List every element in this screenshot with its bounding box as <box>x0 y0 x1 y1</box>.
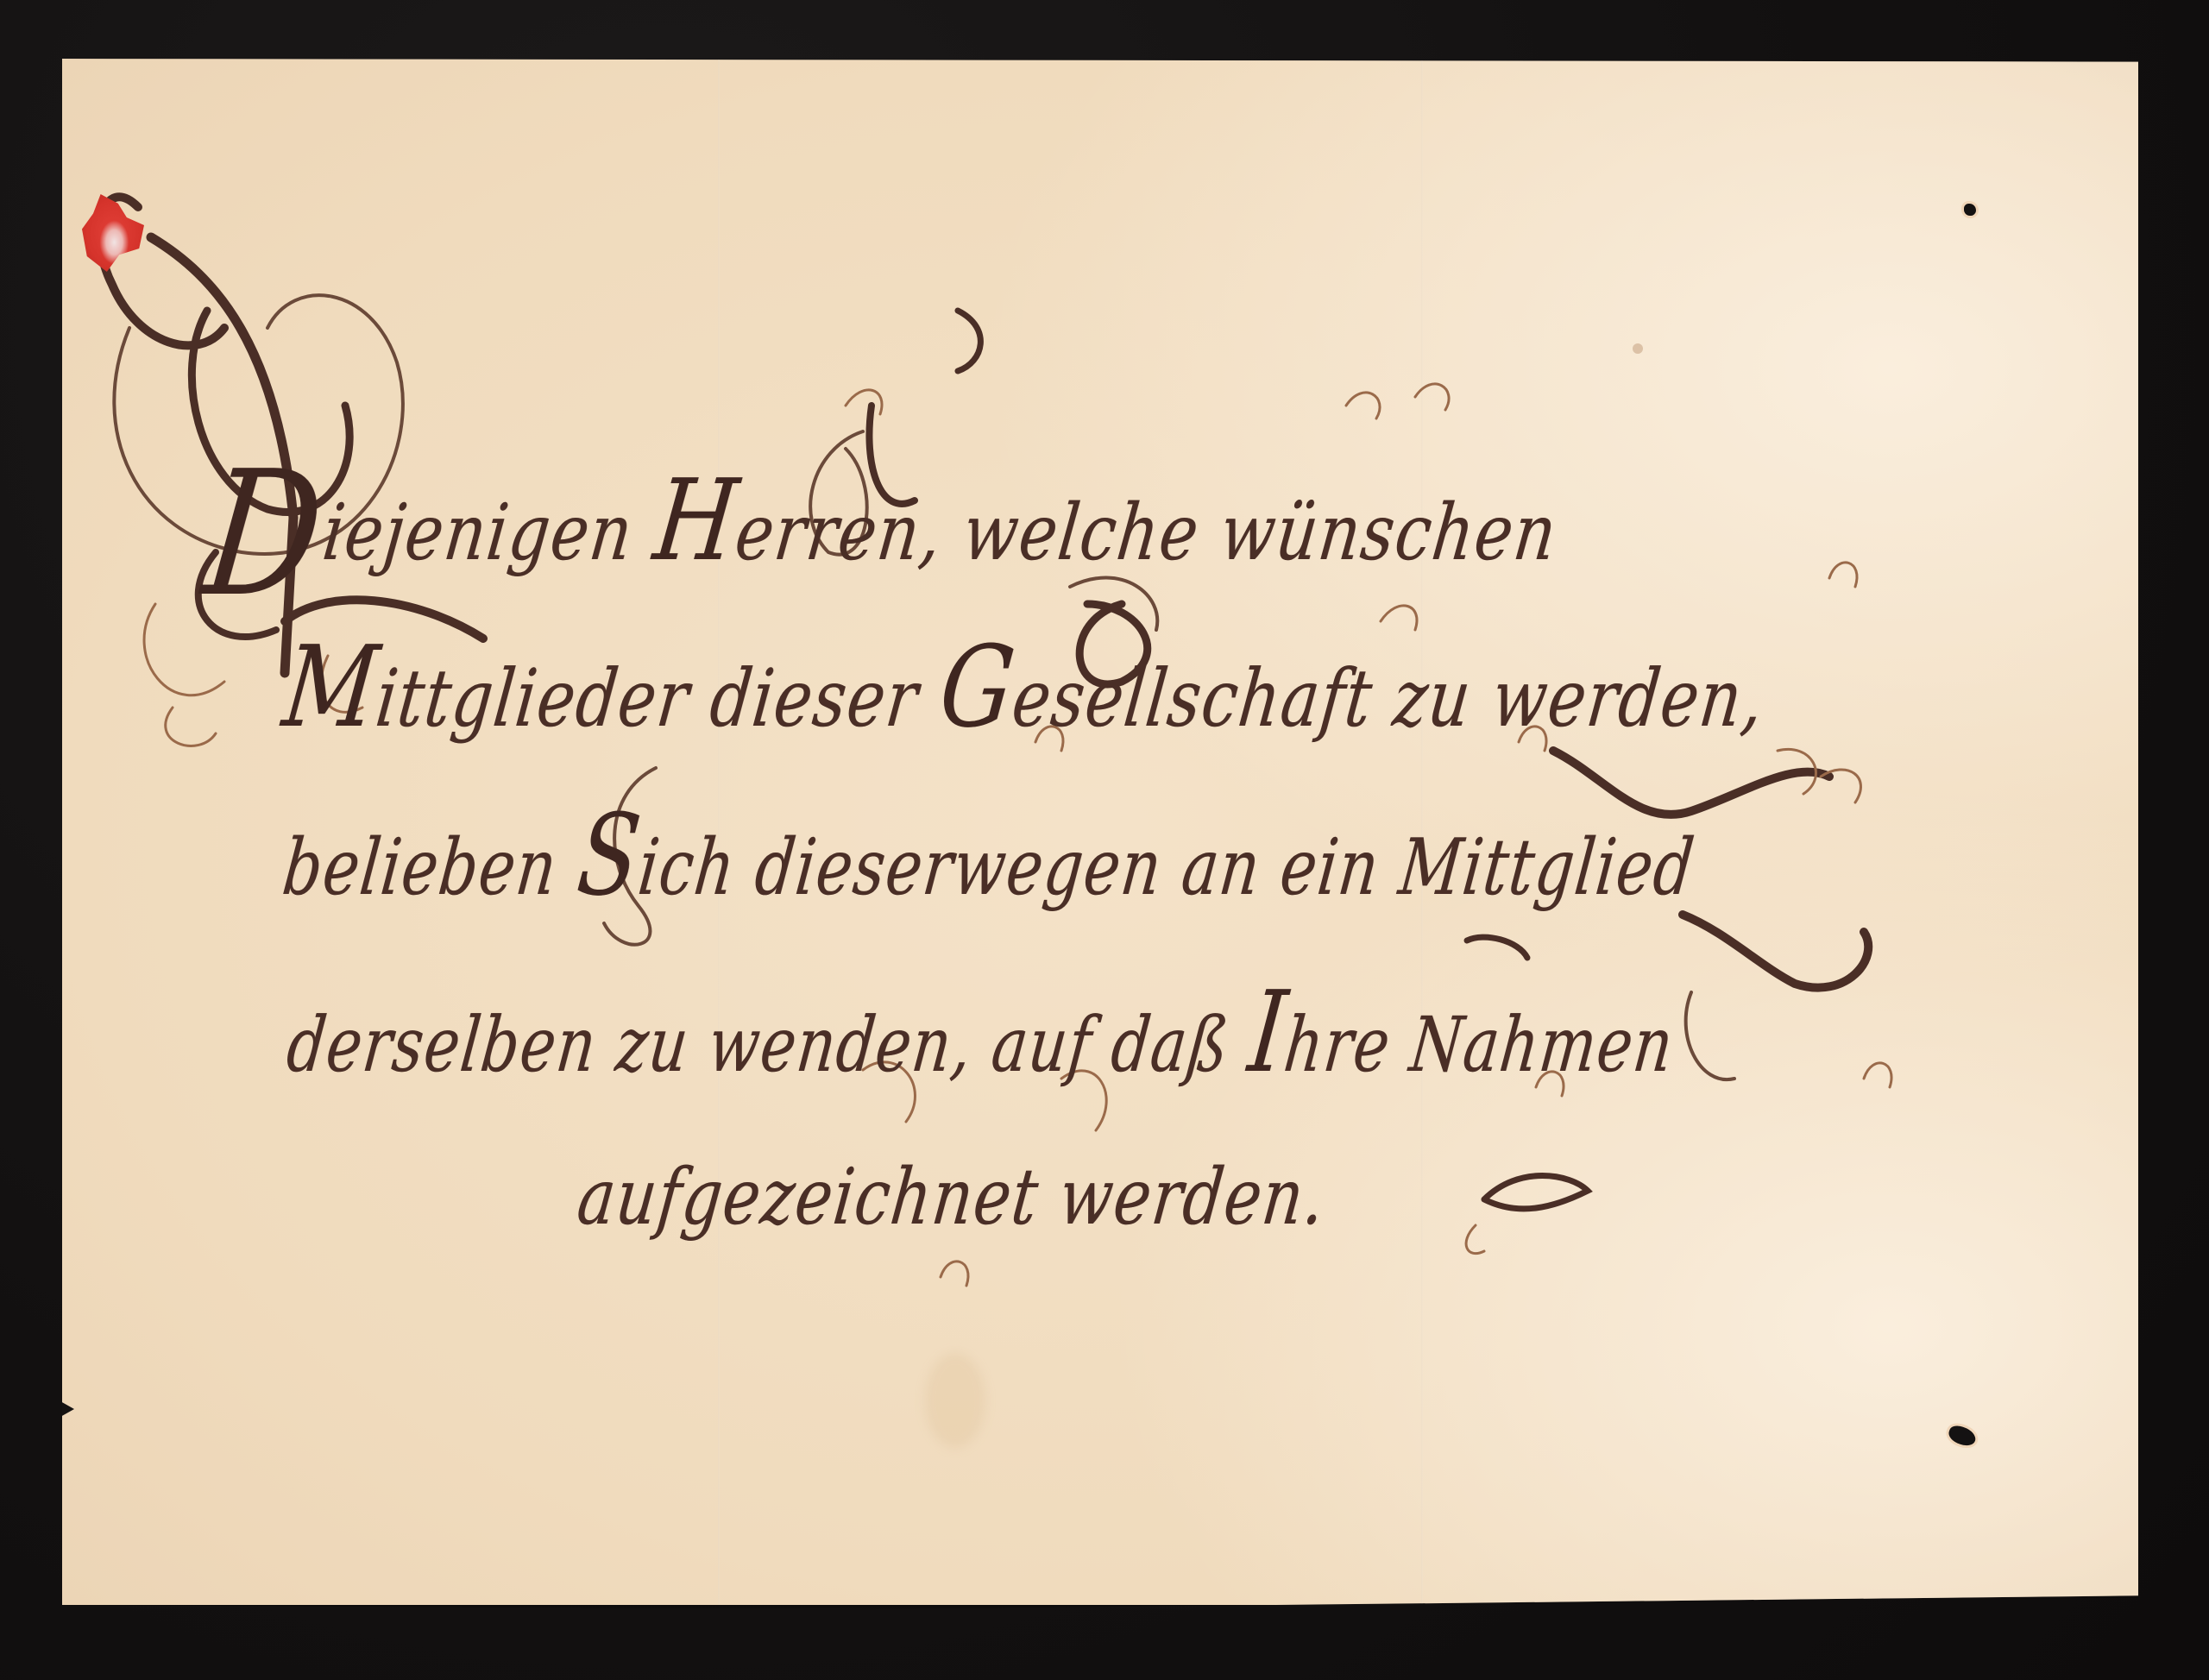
text-line-1: Diejenigen Herren, welche wünschen <box>197 449 1566 621</box>
line-text: belieben <box>279 822 582 913</box>
line-text: aufgezeichnet werden. <box>573 1152 1331 1243</box>
calligraphic-text: Diejenigen Herren, welche wünschen Mittg… <box>0 0 2209 1680</box>
capital-letter: H <box>648 455 745 586</box>
line-text-rest: erren, welche wünschen <box>731 488 1562 578</box>
line-text-rest: ich dieserwegen an ein Mittglied <box>634 822 1699 913</box>
text-line-2: Mittglieder dieser Gesellschaft zu werde… <box>277 621 1772 752</box>
text-line-4: derselben zu wenden, auf daß Ihre Nahmen <box>282 966 1683 1098</box>
line-text: ittglieder dieser <box>372 652 946 745</box>
line-text-rest: esellschaft zu werden, <box>1008 652 1769 745</box>
text-line-5: aufgezeichnet werden. <box>573 1152 1331 1243</box>
initial-letter: M <box>277 621 385 752</box>
text-line-3: belieben Sich dieserwegen an ein Mittgli… <box>278 790 1703 921</box>
initial-letter: D <box>196 434 334 635</box>
line-text-rest: hre Nahmen <box>1280 1000 1677 1089</box>
line-text: iejenigen <box>318 488 659 578</box>
line-text: derselben zu wenden, auf daß <box>283 1000 1254 1089</box>
